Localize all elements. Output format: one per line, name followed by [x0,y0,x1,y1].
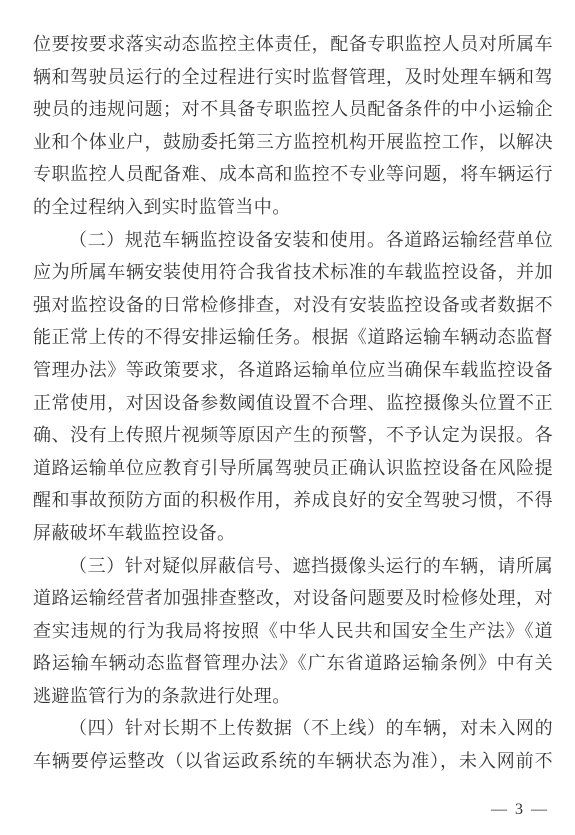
paragraph-item-2: （二）规范车辆监控设备安装和使用。各道路运输经营单位应为所属车辆安装使用符合我省… [33,224,553,550]
document-body: 位要按要求落实动态监控主体责任，配备专职监控人员对所属车辆和驾驶员运行的全过程进… [33,28,553,778]
paragraph-item-3: （三）针对疑似屏蔽信号、遮挡摄像头运行的车辆，请所属道路运输经营者加强排查整改，… [33,550,553,713]
paragraph-continuation: 位要按要求落实动态监控主体责任，配备专职监控人员对所属车辆和驾驶员运行的全过程进… [33,28,553,224]
paragraph-item-4: （四）针对长期不上传数据（不上线）的车辆，对未入网的车辆要停运整改（以省运政系统… [33,712,553,777]
page-number: — 3 — [491,801,549,819]
document-page: 位要按要求落实动态监控主体责任，配备专职监控人员对所属车辆和驾驶员运行的全过程进… [0,0,575,835]
